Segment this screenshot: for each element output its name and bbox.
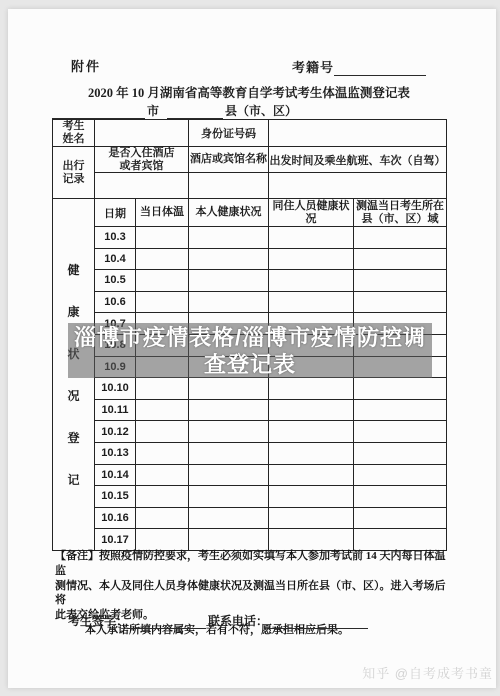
empty-cell (189, 291, 269, 313)
empty-cell (136, 270, 189, 292)
zhihu-watermark: 知乎 @自考成考书童 (362, 663, 493, 682)
date-cell: 10.15 (95, 486, 136, 508)
id-number-cell (269, 120, 447, 147)
phone-label: 联系电话： (208, 614, 268, 628)
hotel-question-cell (95, 173, 189, 199)
empty-cell (269, 464, 354, 486)
note-line: 测情况、本人及同住人员身体健康状况及测温当日所在县（市、区）。进入考场后将 (55, 579, 449, 609)
empty-cell (136, 464, 189, 486)
empty-cell (354, 248, 447, 270)
empty-cell (354, 464, 447, 486)
city-blank-line (52, 106, 145, 119)
date-cell: 10.5 (95, 270, 136, 292)
table-row: 10.16 (53, 507, 447, 529)
date-cell: 10.6 (95, 291, 136, 313)
attachment-label: 附件 (71, 56, 101, 75)
empty-cell (189, 486, 269, 508)
county-blank-line (167, 106, 223, 119)
table-row: 10.10 (53, 378, 447, 400)
date-cell: 10.11 (95, 399, 136, 421)
empty-cell (136, 507, 189, 529)
table-row: 10.5 (53, 270, 447, 292)
empty-cell (189, 227, 269, 249)
table-row: 10.17 (53, 529, 447, 551)
empty-cell (189, 442, 269, 464)
empty-cell (354, 529, 447, 551)
empty-cell (269, 399, 354, 421)
vertical-char: 康 (67, 303, 79, 320)
date-cell: 10.4 (95, 248, 136, 270)
date-cell: 10.17 (95, 529, 136, 551)
county-suffix-label: 县（市、区） (225, 104, 297, 118)
table-row: 10.6 (53, 291, 447, 313)
date-cell: 10.12 (95, 421, 136, 443)
date-cell: 10.14 (95, 464, 136, 486)
empty-cell (354, 378, 447, 400)
empty-cell (136, 529, 189, 551)
empty-cell (269, 378, 354, 400)
empty-cell (354, 507, 447, 529)
table-row: 10.15 (53, 486, 447, 508)
empty-cell (189, 399, 269, 421)
empty-cell (269, 291, 354, 313)
column-header-temperature: 当日体温 (136, 199, 189, 227)
empty-cell (189, 507, 269, 529)
empty-cell (269, 270, 354, 292)
table-row: 10.12 (53, 421, 447, 443)
empty-cell (269, 486, 354, 508)
hotel-name-cell (189, 173, 269, 199)
date-cell: 10.3 (95, 227, 136, 249)
caption-overlay-banner: 淄博市疫情表格/淄博市疫情防控调 查登记表 (68, 323, 432, 378)
phone-blank-line (268, 616, 368, 629)
empty-cell (354, 270, 447, 292)
screenshot-root: 附件 考籍号 2020 年 10 月湖南省高等教育自学考试考生体温监测登记表 市… (0, 0, 500, 696)
table-row: 考生姓名 身份证号码 (53, 120, 447, 147)
date-cell: 10.10 (95, 378, 136, 400)
id-number-label: 身份证号码 (189, 120, 269, 147)
empty-cell (189, 421, 269, 443)
date-cell: 10.13 (95, 442, 136, 464)
signature-blank-line (128, 616, 206, 629)
hotel-name-label: 酒店或宾馆名称 (189, 147, 269, 173)
table-row: 10.11 (53, 399, 447, 421)
hotel-question-label: 是否入住酒店或者宾馆 (95, 147, 189, 173)
column-header-location: 测温当日考生所在县（市、区）域 (354, 199, 447, 227)
table-row: 10.13 (53, 442, 447, 464)
page-title: 2020 年 10 月湖南省高等教育自学考试考生体温监测登记表 (52, 83, 446, 101)
departure-label: 出发时间及乘坐航班、车次（自驾） (269, 147, 447, 173)
exam-registration-blank-line (334, 63, 426, 76)
empty-cell (136, 291, 189, 313)
caption-line-1: 淄博市疫情表格/淄博市疫情防控调 (74, 324, 426, 351)
empty-cell (269, 248, 354, 270)
empty-cell (354, 399, 447, 421)
empty-cell (354, 291, 447, 313)
city-county-line: 市县（市、区） (52, 102, 297, 119)
exam-registration-number: 考籍号 (292, 57, 426, 76)
vertical-char: 登 (67, 429, 79, 446)
empty-cell (354, 421, 447, 443)
empty-cell (354, 442, 447, 464)
column-header-date: 日期 (95, 199, 136, 227)
signature-label: 考生签字： (68, 614, 128, 628)
date-cell: 10.16 (95, 507, 136, 529)
empty-cell (269, 227, 354, 249)
city-suffix-label: 市 (147, 104, 159, 118)
signature-line: 考生签字：联系电话： (68, 612, 368, 629)
empty-cell (189, 529, 269, 551)
empty-cell (269, 529, 354, 551)
empty-cell (136, 378, 189, 400)
empty-cell (354, 227, 447, 249)
column-header-own-health: 本人健康状况 (189, 199, 269, 227)
empty-cell (136, 421, 189, 443)
table-row (53, 173, 447, 199)
exam-registration-label: 考籍号 (292, 60, 334, 75)
empty-cell (136, 486, 189, 508)
empty-cell (136, 399, 189, 421)
empty-cell (189, 248, 269, 270)
caption-line-2: 查登记表 (204, 351, 296, 378)
table-row: 10.4 (53, 248, 447, 270)
empty-cell (269, 421, 354, 443)
column-header-cohabitant-health: 同住人员健康状况 (269, 199, 354, 227)
empty-cell (136, 227, 189, 249)
note-line: 【备注】按照疫情防控要求，考生必须如实填写本人参加考试前 14 天内每日体温监 (55, 549, 449, 579)
table-row: 健 康 状 况 登 记 日期 当日体温 本人健康状况 同住人员健康状况 测温当日… (53, 199, 447, 227)
table-row: 10.14 (53, 464, 447, 486)
empty-cell (136, 248, 189, 270)
vertical-char: 健 (67, 261, 79, 278)
departure-cell (269, 173, 447, 199)
empty-cell (189, 378, 269, 400)
table-row: 10.3 (53, 227, 447, 249)
empty-cell (189, 464, 269, 486)
vertical-char: 况 (67, 387, 79, 404)
empty-cell (269, 507, 354, 529)
candidate-name-label: 考生姓名 (53, 120, 95, 147)
table-row: 出行记录 是否入住酒店或者宾馆 酒店或宾馆名称 出发时间及乘坐航班、车次（自驾） (53, 147, 447, 173)
candidate-name-cell (95, 120, 189, 147)
vertical-char: 记 (67, 471, 79, 488)
empty-cell (189, 270, 269, 292)
empty-cell (269, 442, 354, 464)
travel-record-label: 出行记录 (53, 147, 95, 199)
empty-cell (136, 442, 189, 464)
empty-cell (354, 486, 447, 508)
